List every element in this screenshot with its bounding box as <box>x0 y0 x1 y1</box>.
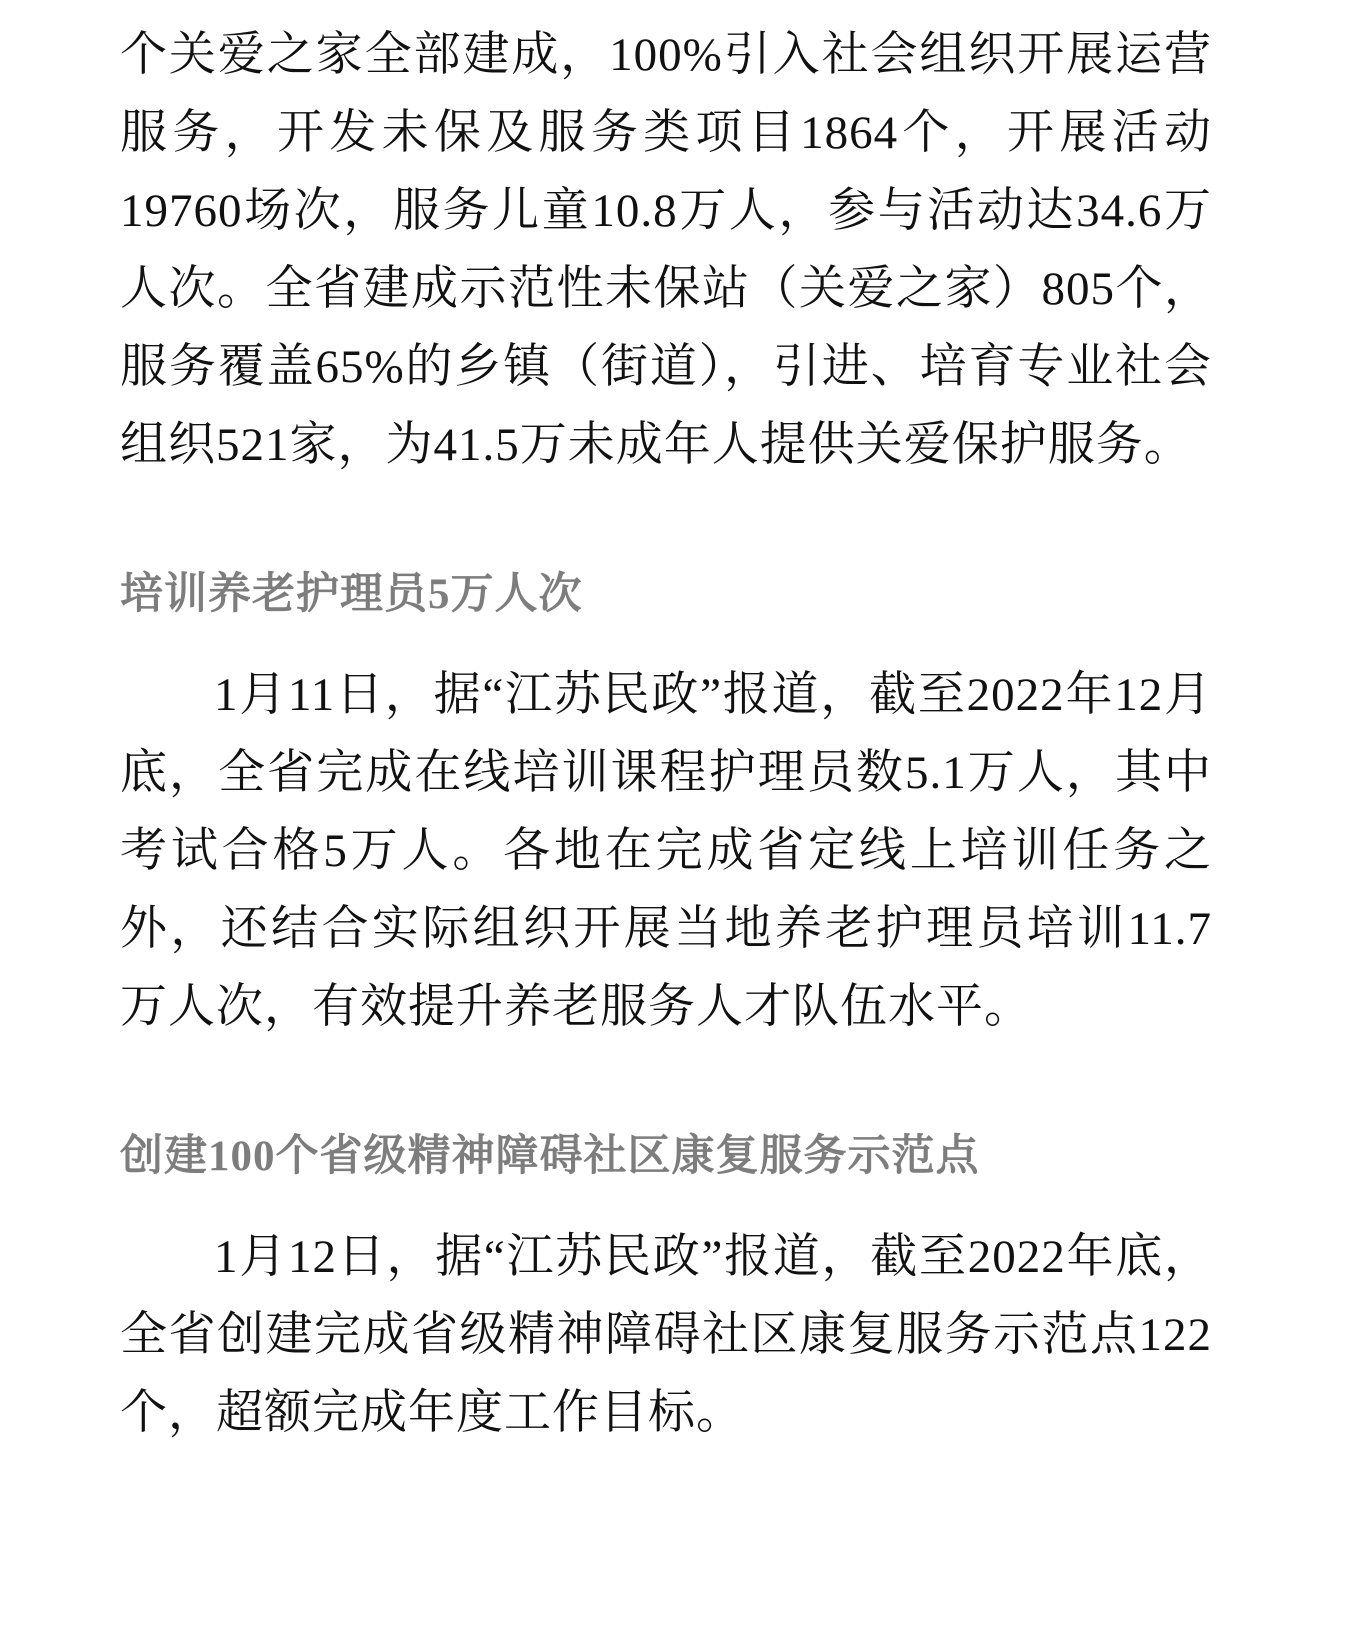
paragraph-continuation: 个关爱之家全部建成，100%引入社会组织开展运营服务，开发未保及服务类项目186… <box>120 16 1212 484</box>
paragraph-rehab-demo-sites: 1月12日，据“江苏民政”报道，截至2022年底，全省创建完成省级精神障碍社区康… <box>120 1218 1212 1452</box>
section-heading-training-caregivers: 培训养老护理员5万人次 <box>120 556 1212 634</box>
paragraph-training-caregivers: 1月11日，据“江苏民政”报道，截至2022年12月底，全省完成在线培训课程护理… <box>120 656 1212 1046</box>
section-heading-rehab-demo-sites: 创建100个省级精神障碍社区康复服务示范点 <box>120 1118 1212 1196</box>
document-page: 个关爱之家全部建成，100%引入社会组织开展运营服务，开发未保及服务类项目186… <box>0 0 1346 1642</box>
